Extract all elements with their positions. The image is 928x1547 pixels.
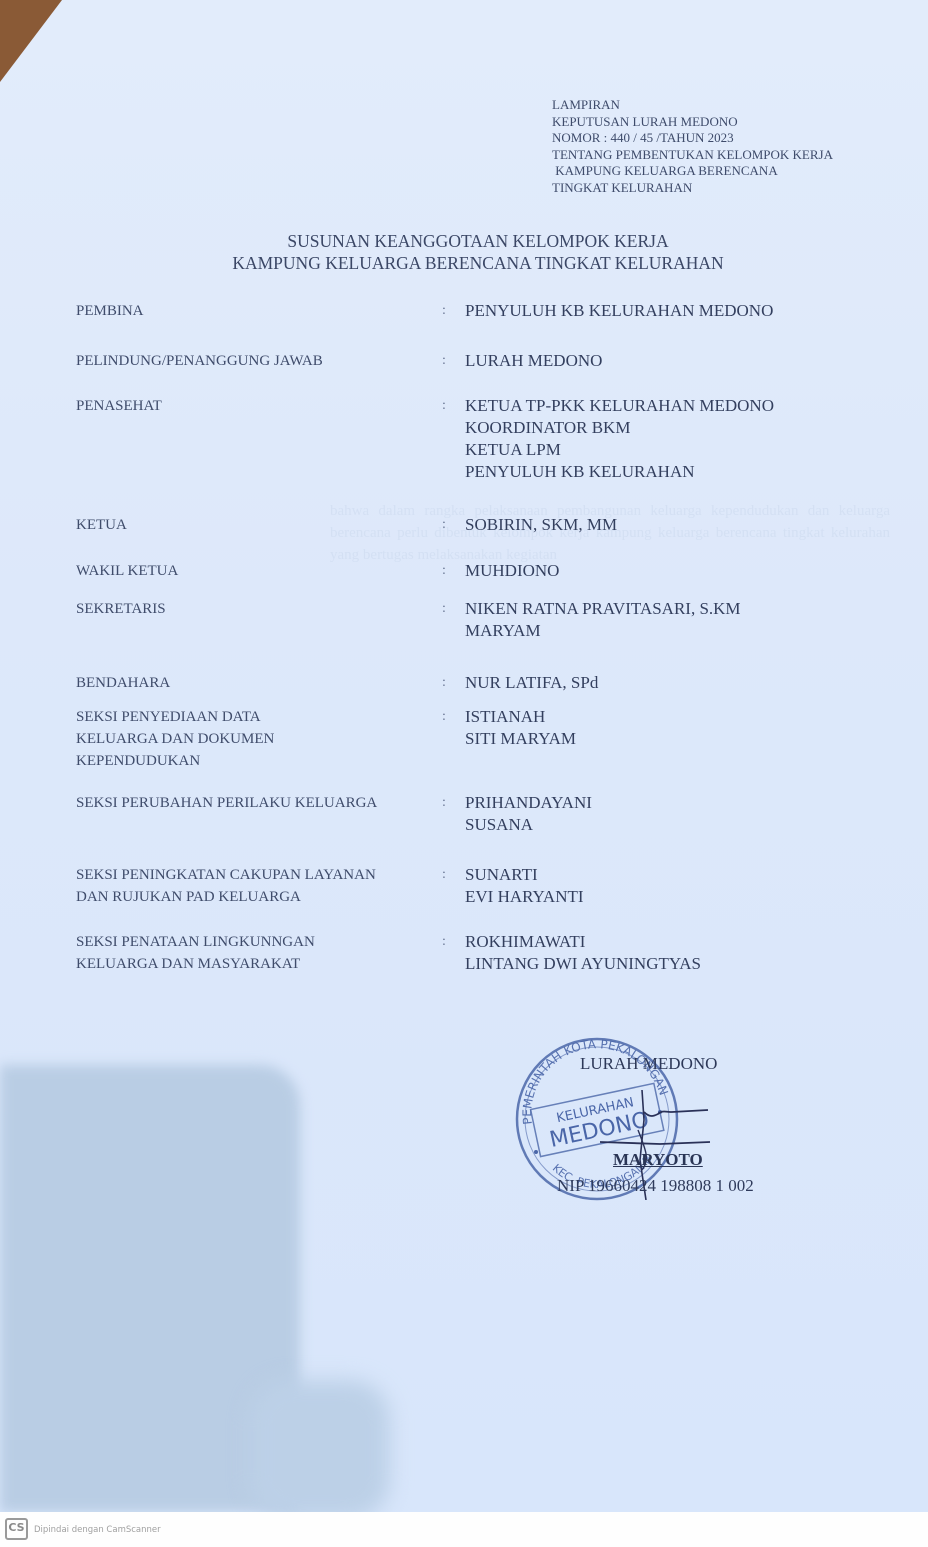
- colon-separator: :: [442, 864, 446, 886]
- member-names: MUHDIONO: [465, 560, 865, 582]
- member-names: SUNARTIEVI HARYANTI: [465, 864, 865, 908]
- page-corner-fold: [0, 0, 62, 82]
- member-names: LURAH MEDONO: [465, 350, 865, 372]
- colon-separator: :: [442, 395, 446, 417]
- attachment-line: TINGKAT KELURAHAN: [552, 180, 833, 197]
- role-label: SEKSI PENINGKATAN CAKUPAN LAYANANDAN RUJ…: [76, 864, 416, 908]
- scanned-page: bahwa dalam rangka pelaksanaan pembangun…: [0, 0, 928, 1512]
- colon-separator: :: [442, 514, 446, 536]
- role-label: SEKSI PENYEDIAAN DATAKELUARGA DAN DOKUME…: [76, 706, 416, 772]
- attachment-line: NOMOR : 440 / 45 /TAHUN 2023: [552, 130, 833, 147]
- scanner-watermark-text: Dipindai dengan CamScanner: [34, 1525, 161, 1535]
- member-names: PENYULUH KB KELURAHAN MEDONO: [465, 300, 865, 322]
- attachment-header: LAMPIRANKEPUTUSAN LURAH MEDONONOMOR : 44…: [552, 97, 833, 196]
- role-label: SEKSI PERUBAHAN PERILAKU KELUARGA: [76, 792, 416, 814]
- signatory-name: MARYOTO: [613, 1150, 703, 1170]
- member-names: NUR LATIFA, SPd: [465, 672, 865, 694]
- colon-separator: :: [442, 931, 446, 953]
- member-names: NIKEN RATNA PRAVITASARI, S.KMMARYAM: [465, 598, 865, 642]
- role-label: SEKRETARIS: [76, 598, 416, 620]
- colon-separator: :: [442, 598, 446, 620]
- signatory-nip: NIP 19660424 198808 1 002: [557, 1176, 754, 1196]
- role-label: BENDAHARA: [76, 672, 416, 694]
- attachment-line: KEPUTUSAN LURAH MEDONO: [552, 114, 833, 131]
- colon-separator: :: [442, 792, 446, 814]
- signature-block: PEMERINTAH KOTA PEKALONGAN KEC. PEKALONG…: [500, 1030, 820, 1230]
- colon-separator: :: [442, 350, 446, 372]
- role-label: PELINDUNG/PENANGGUNG JAWAB: [76, 350, 416, 372]
- document-title: SUSUNAN KEANGGOTAAN KELOMPOK KERJA KAMPU…: [0, 230, 928, 274]
- member-names: ROKHIMAWATILINTANG DWI AYUNINGTYAS: [465, 931, 865, 975]
- title-line-1: SUSUNAN KEANGGOTAAN KELOMPOK KERJA: [0, 230, 928, 252]
- member-names: KETUA TP-PKK KELURAHAN MEDONOKOORDINATOR…: [465, 395, 865, 483]
- member-names: ISTIANAHSITI MARYAM: [465, 706, 865, 750]
- role-label: SEKSI PENATAAN LINGKUNNGANKELUARGA DAN M…: [76, 931, 416, 975]
- role-label: WAKIL KETUA: [76, 560, 416, 582]
- colon-separator: :: [442, 706, 446, 728]
- camscanner-logo-icon: CS: [5, 1518, 28, 1540]
- role-label: PEMBINA: [76, 300, 416, 322]
- role-label: KETUA: [76, 514, 416, 536]
- member-names: SOBIRIN, SKM, MM: [465, 514, 865, 536]
- role-label: PENASEHAT: [76, 395, 416, 417]
- attachment-line: LAMPIRAN: [552, 97, 833, 114]
- colon-separator: :: [442, 672, 446, 694]
- colon-separator: :: [442, 300, 446, 322]
- signatory-title: LURAH MEDONO: [580, 1054, 717, 1074]
- colon-separator: :: [442, 560, 446, 582]
- title-line-2: KAMPUNG KELUARGA BERENCANA TINGKAT KELUR…: [0, 252, 928, 274]
- member-names: PRIHANDAYANISUSANA: [465, 792, 865, 836]
- attachment-line: KAMPUNG KELUARGA BERENCANA: [552, 163, 833, 180]
- attachment-line: TENTANG PEMBENTUKAN KELOMPOK KERJA: [552, 147, 833, 164]
- scanner-footer: CS Dipindai dengan CamScanner: [0, 1512, 928, 1547]
